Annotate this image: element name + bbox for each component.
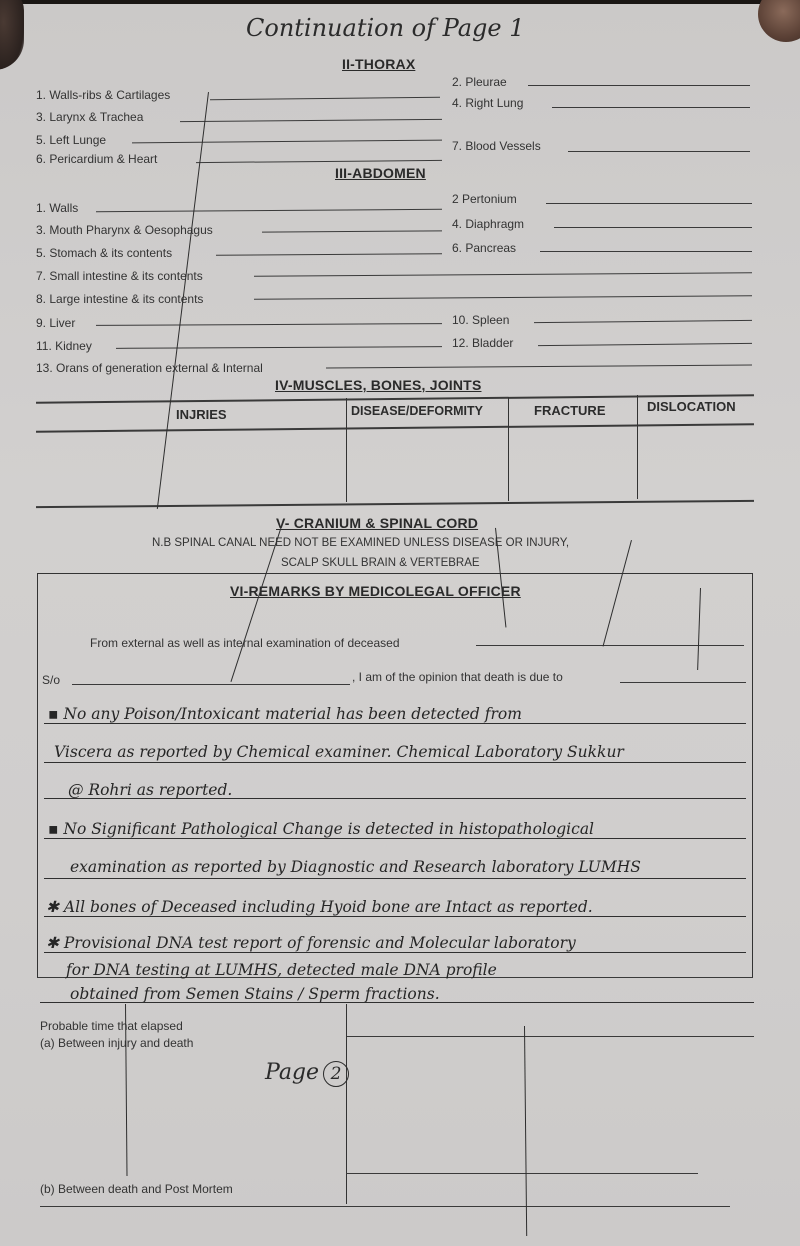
- thorax-heart-label: 6. Pericardium & Heart: [36, 152, 157, 166]
- cranium-heading: V- CRANIUM & SPINAL CORD: [276, 515, 478, 531]
- remarks-ruled-line: [44, 838, 746, 839]
- abdomen-small-intestine-label: 7. Small intestine & its contents: [36, 269, 203, 283]
- remarks-ruled-line: [44, 762, 746, 763]
- pen-stroke: [524, 1026, 527, 1236]
- thorax-larynx-label: 3. Larynx & Trachea: [36, 110, 143, 124]
- photo-edge: [0, 0, 800, 4]
- abdomen-peritoneum-label: 2 Pertonium: [452, 192, 517, 206]
- thorax-blood-vessels-label: 7. Blood Vessels: [452, 139, 541, 153]
- table-col-divider: [508, 397, 509, 501]
- remarks-handwritten-line: obtained from Semen Stains / Sperm fract…: [70, 985, 440, 1003]
- time-divider: [346, 1004, 347, 1204]
- abdomen-stomach-field[interactable]: [216, 253, 442, 256]
- thorax-heart-field[interactable]: [196, 160, 442, 163]
- remarks-ruled-line: [44, 798, 746, 799]
- abdomen-generation-organs-field[interactable]: [326, 365, 752, 369]
- abdomen-pancreas-field[interactable]: [540, 251, 752, 252]
- col-header-fracture: FRACTURE: [534, 403, 606, 418]
- remarks-handwritten-line: Viscera as reported by Chemical examiner…: [54, 743, 624, 761]
- time-box-bottom: [346, 1173, 698, 1174]
- col-header-dislocation: DISLOCATION: [647, 399, 736, 414]
- time-elapsed-label: Probable time that elapsed: [40, 1019, 183, 1033]
- death-to-postmortem-field[interactable]: [40, 1206, 730, 1207]
- remarks-handwritten-line: ▪ No Significant Pathological Change is …: [48, 820, 594, 838]
- remarks-handwritten-line: ✱ All bones of Deceased including Hyoid …: [46, 898, 593, 916]
- abdomen-large-intestine-label: 8. Large intestine & its contents: [36, 292, 203, 306]
- remarks-handwritten-line: ▪ No any Poison/Intoxicant material has …: [48, 705, 522, 723]
- remarks-ruled-line: [44, 878, 746, 879]
- abdomen-stomach-label: 5. Stomach & its contents: [36, 246, 172, 260]
- abdomen-pancreas-label: 6. Pancreas: [452, 241, 516, 255]
- col-header-disease: DISEASE/DEFORMITY: [351, 404, 483, 418]
- abdomen-large-intestine-field[interactable]: [254, 295, 752, 299]
- remarks-ruled-line: [44, 723, 746, 724]
- abdomen-diaphragm-field[interactable]: [554, 227, 752, 228]
- abdomen-walls-field[interactable]: [96, 209, 442, 212]
- abdomen-liver-field[interactable]: [96, 323, 442, 326]
- remarks-handwritten-line: @ Rohri as reported.: [68, 781, 232, 799]
- abdomen-mouth-field[interactable]: [262, 230, 442, 232]
- remarks-handwritten-line: for DNA testing at LUMHS, detected male …: [66, 961, 497, 979]
- death-to-postmortem-label: (b) Between death and Post Mortem: [40, 1182, 233, 1196]
- holding-finger-right: [758, 0, 800, 42]
- abdomen-bladder-field[interactable]: [538, 343, 752, 346]
- cranium-note-line2: SCALP SKULL BRAIN & VERTEBRAE: [281, 557, 480, 569]
- remarks-ruled-line: [40, 1002, 754, 1003]
- page-number-circle: 2: [323, 1061, 349, 1087]
- table-col-divider: [637, 395, 638, 499]
- page-number-note: Page2: [265, 1060, 349, 1087]
- handwritten-title: Continuation of Page 1: [246, 14, 524, 42]
- remarks-ruled-line: [44, 952, 746, 953]
- remarks-box: [37, 573, 753, 978]
- form-paper: Continuation of Page 1 II-THORAX 1. Wall…: [0, 0, 800, 1246]
- thorax-pleurae-field[interactable]: [528, 85, 750, 86]
- page-note-label: Page: [265, 1060, 319, 1085]
- thorax-blood-vessels-field[interactable]: [568, 151, 750, 152]
- so-label: S/o: [42, 673, 60, 687]
- cell-dislocation[interactable]: [639, 428, 753, 498]
- abdomen-bladder-label: 12. Bladder: [452, 336, 513, 350]
- cell-injuries[interactable]: [38, 430, 344, 500]
- table-bottom-border: [36, 500, 754, 508]
- col-header-injuries: INJRIES: [176, 407, 227, 422]
- holding-finger-left: [0, 0, 24, 70]
- abdomen-generation-organs-label: 13. Orans of generation external & Inter…: [36, 361, 263, 375]
- cell-fracture[interactable]: [510, 430, 635, 500]
- injury-to-death-field[interactable]: [346, 1036, 754, 1037]
- muscles-heading: IV-MUSCLES, BONES, JOINTS: [275, 377, 481, 393]
- abdomen-walls-label: 1. Walls: [36, 201, 78, 215]
- remarks-handwritten-line: examination as reported by Diagnostic an…: [70, 858, 641, 876]
- deceased-name-field[interactable]: [476, 645, 744, 646]
- thorax-heading: II-THORAX: [342, 56, 415, 72]
- abdomen-liver-label: 9. Liver: [36, 316, 75, 330]
- thorax-walls-field[interactable]: [210, 97, 440, 100]
- abdomen-spleen-field[interactable]: [534, 320, 752, 323]
- thorax-larynx-field[interactable]: [180, 119, 442, 122]
- thorax-left-lung-field[interactable]: [132, 140, 442, 144]
- abdomen-peritoneum-field[interactable]: [546, 203, 752, 204]
- cell-disease[interactable]: [348, 430, 506, 500]
- opinion-text: , I am of the opinion that death is due …: [352, 670, 563, 684]
- abdomen-kidney-label: 11. Kidney: [36, 339, 92, 353]
- thorax-right-lung-field[interactable]: [552, 107, 750, 108]
- abdomen-diaphragm-label: 4. Diaphragm: [452, 217, 524, 231]
- cause-of-death-field[interactable]: [620, 682, 746, 683]
- thorax-left-lung-label: 5. Left Lunge: [36, 133, 106, 147]
- thorax-pleurae-label: 2. Pleurae: [452, 75, 507, 89]
- remarks-handwritten-line: ✱ Provisional DNA test report of forensi…: [46, 934, 576, 952]
- abdomen-mouth-label: 3. Mouth Pharynx & Oesophagus: [36, 223, 213, 237]
- abdomen-spleen-label: 10. Spleen: [452, 313, 509, 327]
- so-field[interactable]: [72, 684, 350, 685]
- abdomen-heading: III-ABDOMEN: [335, 165, 426, 181]
- remarks-ruled-line: [44, 916, 746, 917]
- thorax-walls-label: 1. Walls-ribs & Cartilages: [36, 88, 170, 102]
- cranium-note-line1: N.B SPINAL CANAL NEED NOT BE EXAMINED UN…: [152, 537, 569, 549]
- abdomen-small-intestine-field[interactable]: [254, 272, 752, 276]
- abdomen-kidney-field[interactable]: [116, 346, 442, 349]
- injury-to-death-label: (a) Between injury and death: [40, 1036, 193, 1050]
- thorax-right-lung-label: 4. Right Lung: [452, 96, 523, 110]
- table-col-divider: [346, 398, 347, 502]
- remarks-heading: VI-REMARKS BY MEDICOLEGAL OFFICER: [230, 583, 521, 599]
